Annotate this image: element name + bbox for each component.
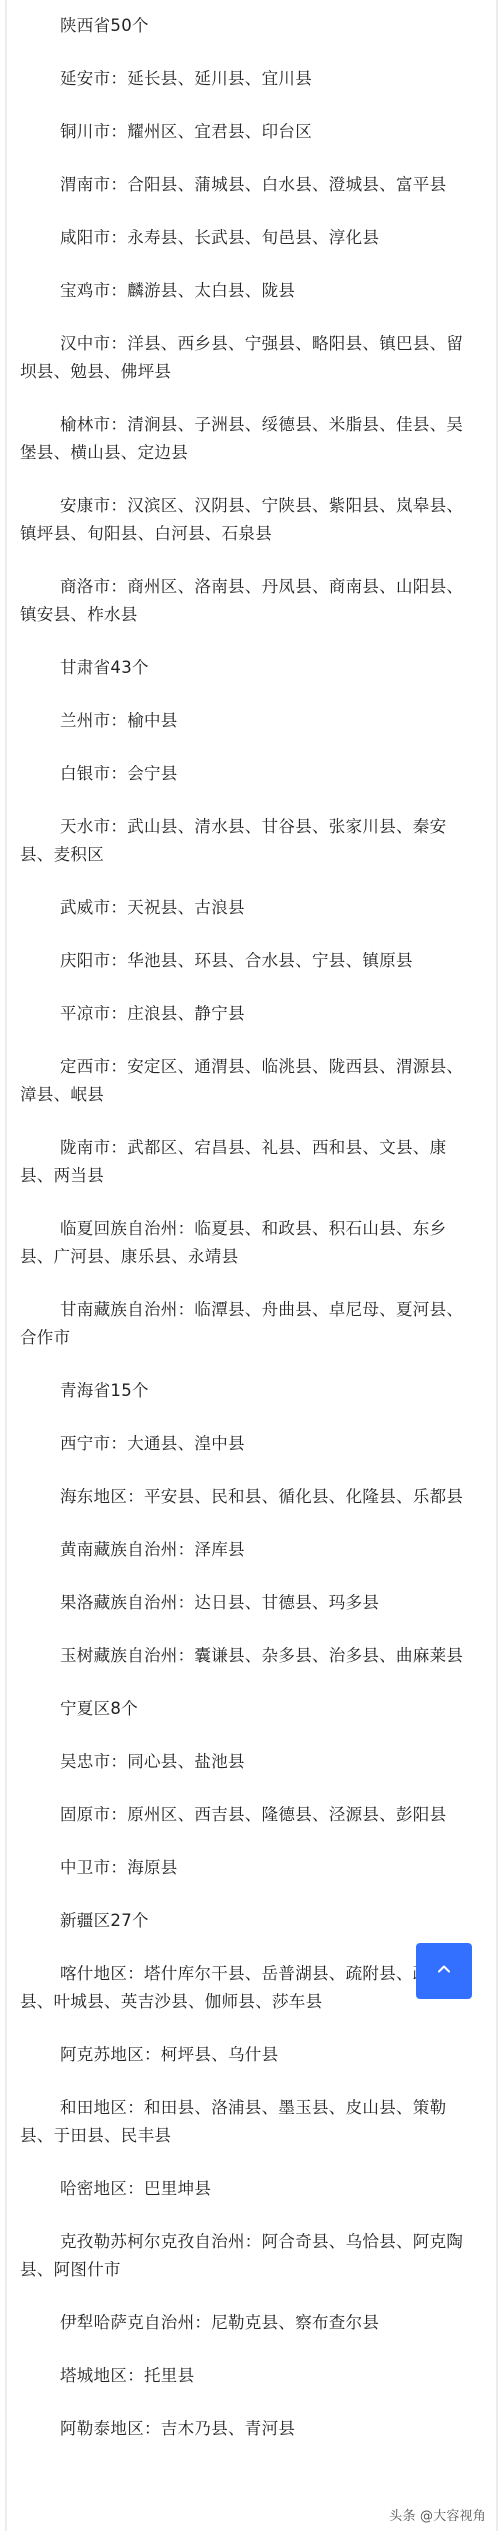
city-county-list: 阿克苏地区：柯坪县、乌什县 [20,2041,478,2069]
chevron-up-icon [436,1961,452,1981]
watermark: 头条 @大容视角 [389,2505,486,2524]
city-county-list: 阿勒泰地区：吉木乃县、青河县 [20,2415,478,2443]
city-county-list: 白银市：会宁县 [20,760,478,788]
province-heading: 宁夏区8个 [20,1695,478,1723]
city-county-list: 天水市：武山县、清水县、甘谷县、张家川县、秦安县、麦积区 [20,813,478,869]
city-county-list: 武威市：天祝县、古浪县 [20,894,478,922]
city-county-list: 和田地区：和田县、洛浦县、墨玉县、皮山县、策勒县、于田县、民丰县 [20,2094,478,2150]
province-heading: 新疆区27个 [20,1907,478,1935]
city-county-list: 哈密地区：巴里坤县 [20,2175,478,2203]
city-county-list: 咸阳市：永寿县、长武县、旬邑县、淳化县 [20,224,478,252]
city-county-list: 宝鸡市：麟游县、太白县、陇县 [20,277,478,305]
city-county-list: 固原市：原州区、西吉县、隆德县、泾源县、彭阳县 [20,1801,478,1829]
city-county-list: 安康市：汉滨区、汉阴县、宁陕县、紫阳县、岚皋县、镇坪县、旬阳县、白河县、石泉县 [20,492,478,548]
city-county-list: 商洛市：商州区、洛南县、丹凤县、商南县、山阳县、镇安县、柞水县 [20,573,478,629]
city-county-list: 甘南藏族自治州：临潭县、舟曲县、卓尼母、夏河县、合作市 [20,1296,478,1352]
back-to-top-button[interactable] [416,1943,472,1999]
city-county-list: 兰州市：榆中县 [20,707,478,735]
city-county-list: 榆林市：清涧县、子洲县、绥德县、米脂县、佳县、吴堡县、横山县、定边县 [20,411,478,467]
city-county-list: 海东地区：平安县、民和县、循化县、化隆县、乐都县 [20,1483,478,1511]
city-county-list: 延安市：延长县、延川县、宜川县 [20,65,478,93]
city-county-list: 汉中市：洋县、西乡县、宁强县、略阳县、镇巴县、留坝县、勉县、佛坪县 [20,330,478,386]
city-county-list: 庆阳市：华池县、环县、合水县、宁县、镇原县 [20,947,478,975]
city-county-list: 定西市：安定区、通渭县、临洮县、陇西县、渭源县、漳县、岷县 [20,1053,478,1109]
city-county-list: 玉树藏族自治州：囊谦县、杂多县、治多县、曲麻莱县 [20,1642,478,1670]
city-county-list: 克孜勒苏柯尔克孜自治州：阿合奇县、乌恰县、阿克陶县、阿图什市 [20,2228,478,2284]
city-county-list: 渭南市：合阳县、蒲城县、白水县、澄城县、富平县 [20,171,478,199]
city-county-list: 中卫市：海原县 [20,1854,478,1882]
city-county-list: 陇南市：武都区、宕昌县、礼县、西和县、文县、康县、两当县 [20,1134,478,1190]
city-county-list: 黄南藏族自治州：泽库县 [20,1536,478,1564]
city-county-list: 果洛藏族自治州：达日县、甘德县、玛多县 [20,1589,478,1617]
city-county-list: 临夏回族自治州：临夏县、和政县、积石山县、东乡县、广河县、康乐县、永靖县 [20,1215,478,1271]
city-county-list: 平凉市：庄浪县、静宁县 [20,1000,478,1028]
city-county-list: 喀什地区：塔什库尔干县、岳普湖县、疏附县、疏勒县、叶城县、英吉沙县、伽师县、莎车… [20,1960,478,2016]
province-heading: 陕西省50个 [20,12,478,40]
article-body: 陕西省50个延安市：延长县、延川县、宜川县铜川市：耀州区、宜君县、印台区渭南市：… [20,12,478,2468]
city-county-list: 西宁市：大通县、湟中县 [20,1430,478,1458]
city-county-list: 铜川市：耀州区、宜君县、印台区 [20,118,478,146]
province-heading: 甘肃省43个 [20,654,478,682]
city-county-list: 伊犁哈萨克自治州：尼勒克县、察布查尔县 [20,2309,478,2337]
province-heading: 青海省15个 [20,1377,478,1405]
city-county-list: 塔城地区：托里县 [20,2362,478,2390]
city-county-list: 吴忠市：同心县、盐池县 [20,1748,478,1776]
